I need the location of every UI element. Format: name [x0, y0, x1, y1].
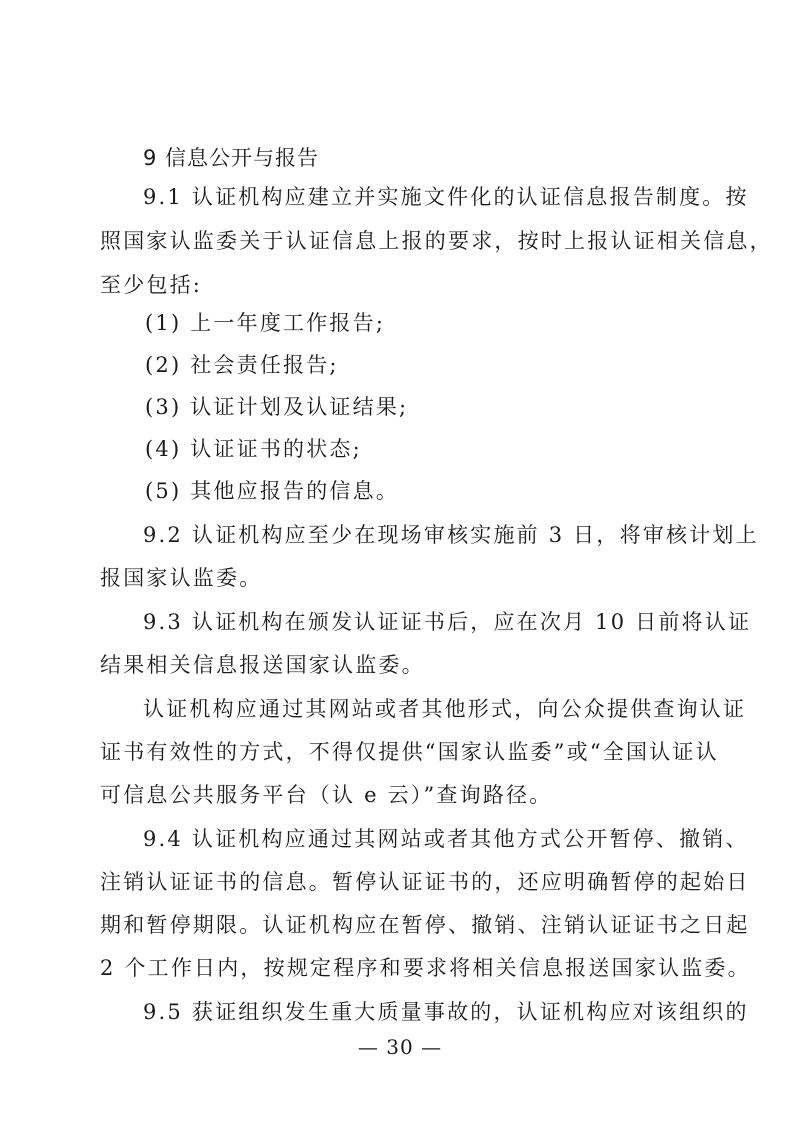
- paragraph-9-2-line-2: 报国家认监委。: [100, 563, 700, 593]
- paragraph-9-1-line-2: 照国家认监委关于认证信息上报的要求，按时上报认证相关信息，: [100, 226, 700, 256]
- paragraph-9-3b-line-2: 证书有效性的方式，不得仅提供“国家认监委”或“全国认证认: [100, 737, 700, 767]
- paragraph-9-4-line-1: 9.4 认证机构应通过其网站或者其他方式公开暂停、撤销、: [143, 824, 700, 854]
- list-item-4: (4) 认证证书的状态;: [145, 434, 745, 464]
- list-item-1: (1) 上一年度工作报告;: [145, 308, 745, 338]
- paragraph-9-4-line-3: 期和暂停期限。认证机构应在暂停、撤销、注销认证证书之日起: [100, 910, 700, 940]
- page-number: — 30 —: [0, 1032, 800, 1062]
- paragraph-9-3-line-1: 9.3 认证机构在颁发认证证书后，应在次月 10 日前将认证: [143, 607, 700, 637]
- section-heading: 9 信息公开与报告: [143, 143, 743, 173]
- paragraph-9-3b-line-1: 认证机构应通过其网站或者其他形式，向公众提供查询认证: [143, 694, 700, 724]
- list-item-5: (5) 其他应报告的信息。: [145, 476, 745, 506]
- paragraph-9-3-line-2: 结果相关信息报送国家认监委。: [100, 650, 700, 680]
- paragraph-9-5-line-1: 9.5 获证组织发生重大质量事故的，认证机构应对该组织的: [143, 997, 700, 1027]
- paragraph-9-1-line-1: 9.1 认证机构应建立并实施文件化的认证信息报告制度。按: [143, 182, 700, 212]
- paragraph-9-2-line-1: 9.2 认证机构应至少在现场审核实施前 3 日，将审核计划上: [143, 520, 700, 550]
- paragraph-9-4-line-2: 注销认证证书的信息。暂停认证证书的，还应明确暂停的起始日: [100, 867, 700, 897]
- paragraph-9-3b-line-3: 可信息公共服务平台（认 e 云）”查询路径。: [100, 780, 700, 810]
- document-page: 9 信息公开与报告 9.1 认证机构应建立并实施文件化的认证信息报告制度。按 照…: [0, 0, 800, 1130]
- paragraph-9-4-line-4: 2 个工作日内，按规定程序和要求将相关信息报送国家认监委。: [100, 953, 700, 983]
- list-item-2: (2) 社会责任报告;: [145, 350, 745, 380]
- list-item-3: (3) 认证计划及认证结果;: [145, 392, 745, 422]
- paragraph-9-1-line-3: 至少包括:: [100, 270, 700, 300]
